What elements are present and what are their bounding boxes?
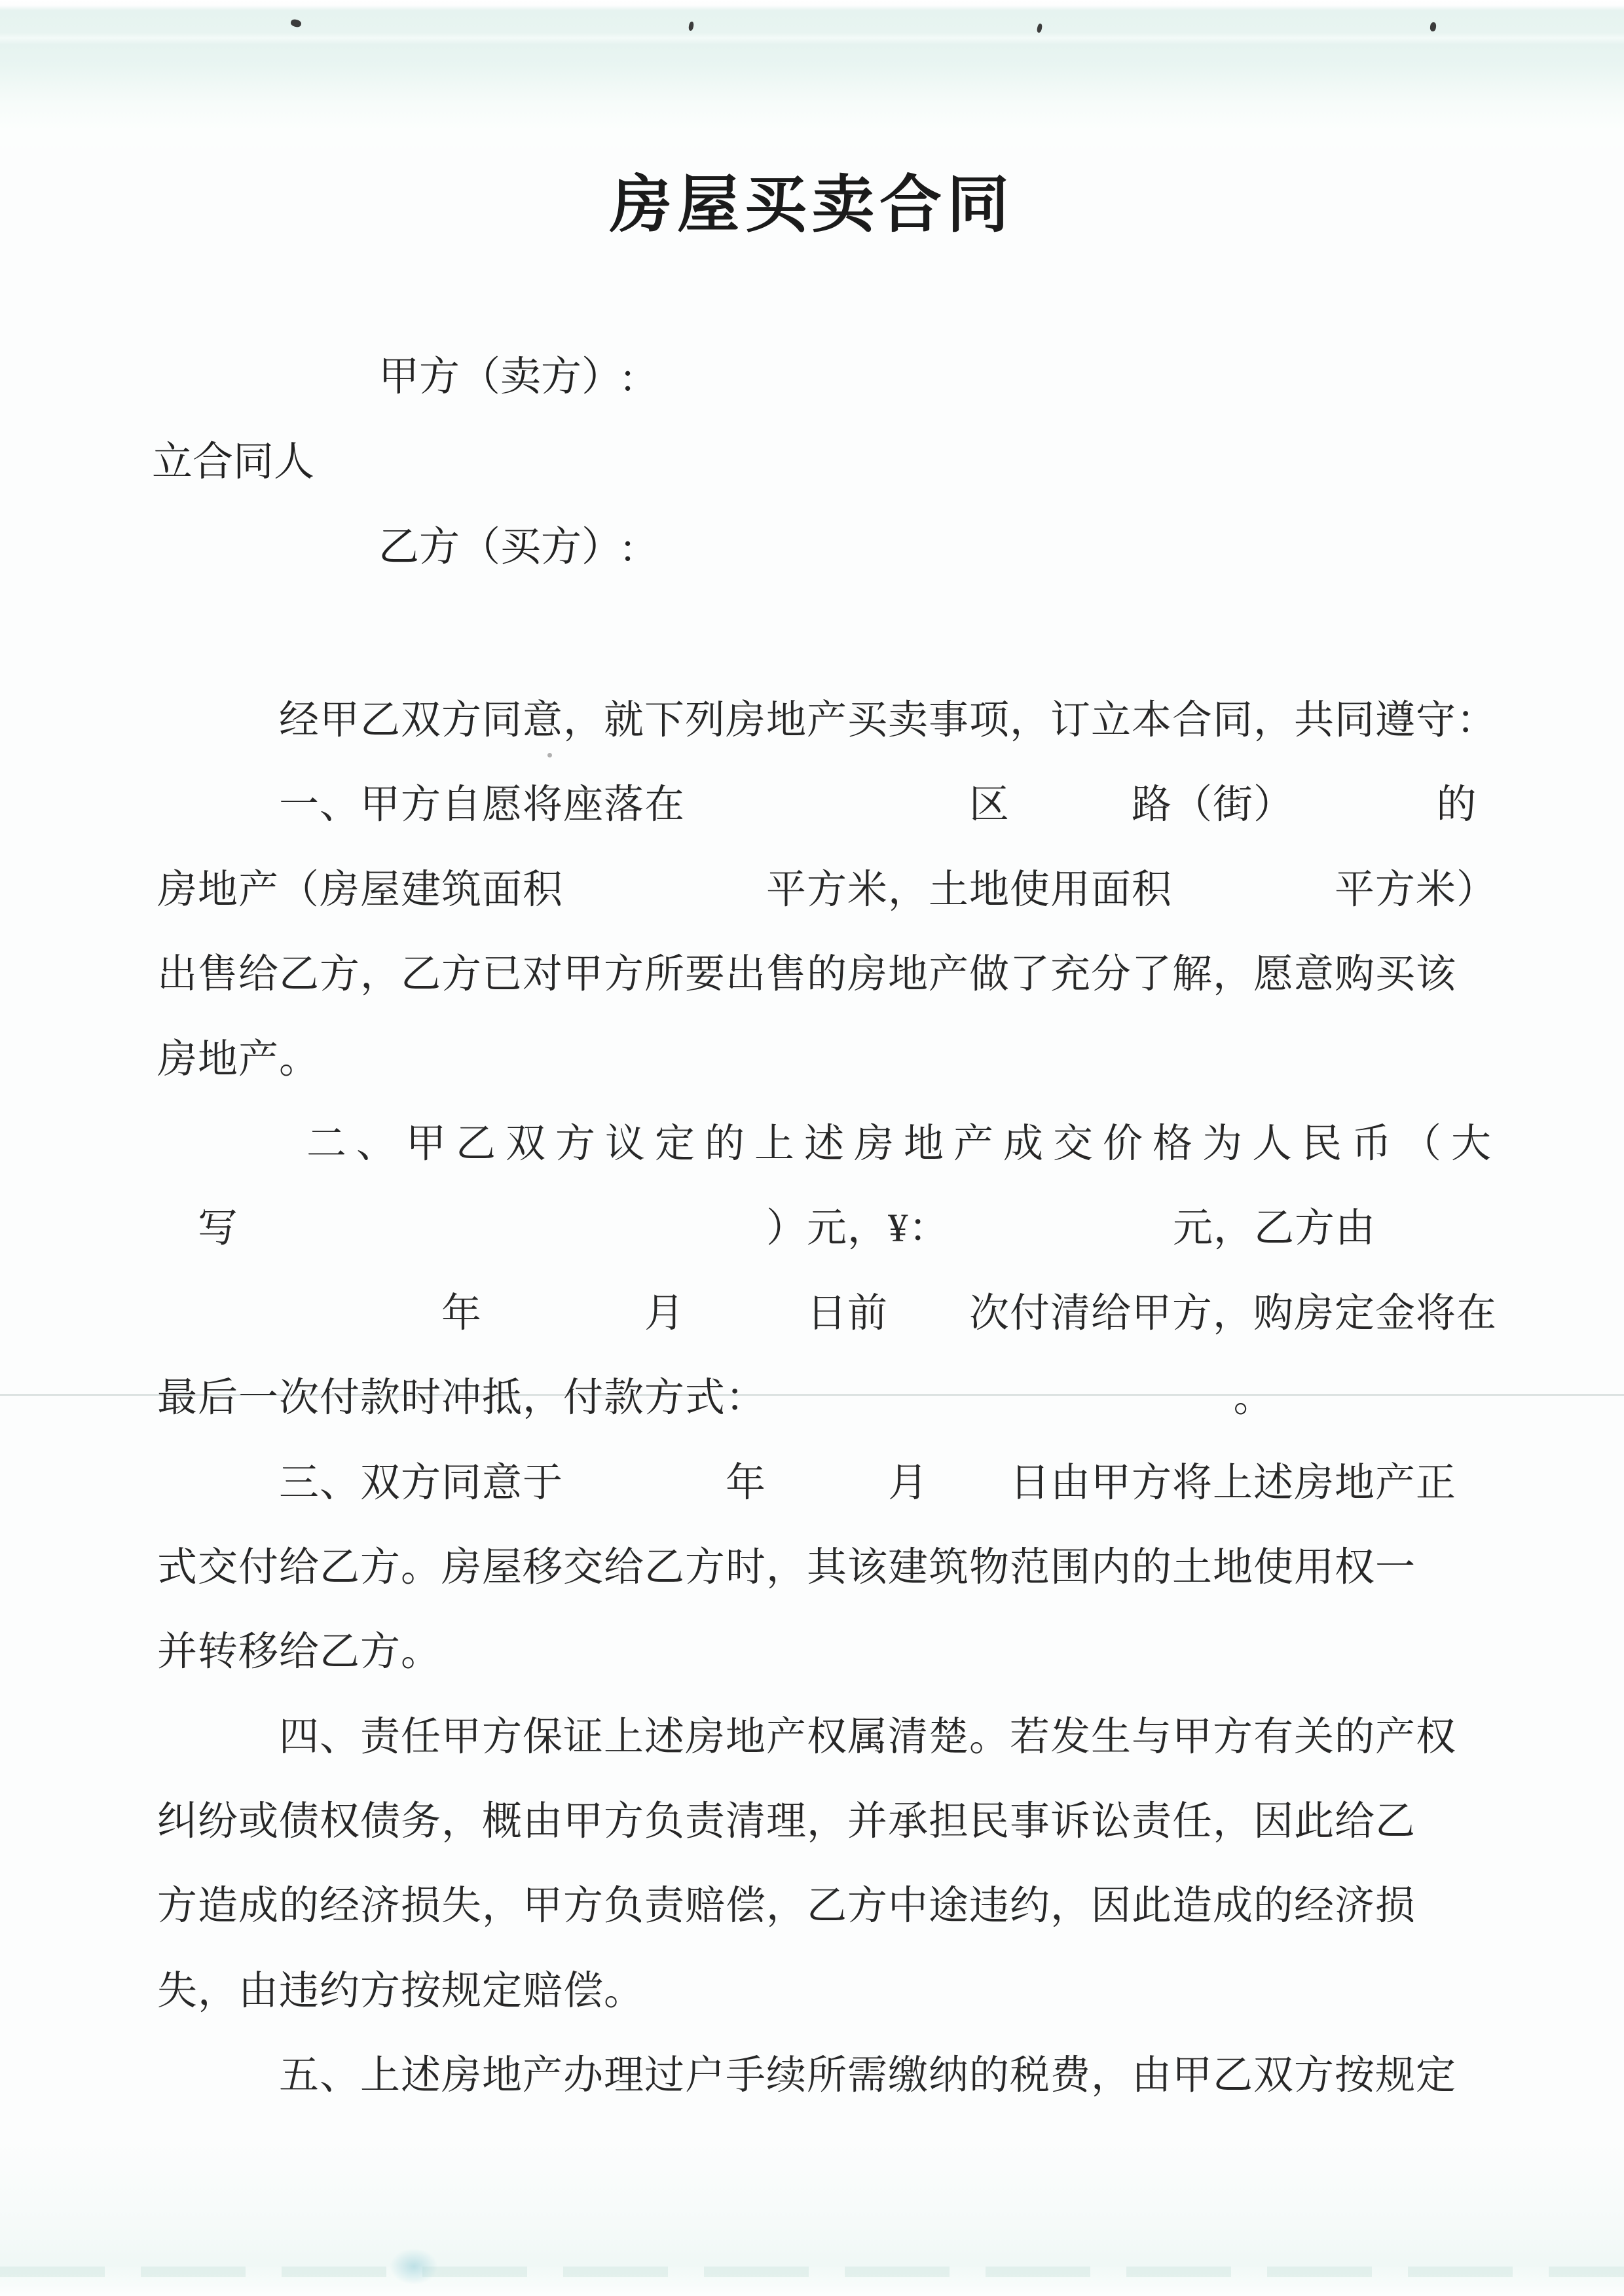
contract-line: 房地产（房屋建筑面积 平方米，土地使用面积 平方米） xyxy=(157,848,1501,932)
party-b-label: 乙方（买方）: xyxy=(378,527,633,568)
contract-body: 经甲乙双方同意，就下列房地产买卖事项，订立本合同，共同遵守： 一、甲方自愿将座落… xyxy=(157,678,1501,2119)
scan-top-tint xyxy=(0,0,1624,157)
contract-line: 二、甲乙双方议定的上述房地产成交价格为人民币（大 xyxy=(157,1102,1501,1186)
scan-mark xyxy=(1037,23,1043,33)
contract-line: 方造成的经济损失，甲方负责赔偿，乙方中途违约，因此造成的经济损 xyxy=(157,1864,1501,1948)
contract-line: 三、双方同意于 年 月 日由甲方将上述房地产正 xyxy=(157,1441,1501,1525)
contract-line: 四、责任甲方保证上述房地产权属清楚。若发生与甲方有关的产权 xyxy=(157,1695,1501,1779)
scan-mark xyxy=(1430,22,1437,31)
scan-mark xyxy=(688,21,694,31)
scan-bottom-tint xyxy=(0,2139,1624,2296)
contract-line: 式交付给乙方。房屋移交给乙方时，其该建筑物范围内的土地使用权一 xyxy=(157,1525,1501,1610)
contract-line: 年 月 日前 次付清给甲方，购房定金将在 xyxy=(157,1271,1501,1356)
document-title: 房屋买卖合同 xyxy=(0,174,1624,236)
contract-line: 写 ）元，¥： 元，乙方由 xyxy=(157,1186,1501,1271)
contract-line: 出售给乙方，乙方已对甲方所要出售的房地产做了充分了解，愿意购买该 xyxy=(157,932,1501,1017)
contract-line: 最后一次付款时冲抵，付款方式： 。 xyxy=(157,1356,1501,1440)
contract-line: 经甲乙双方同意，就下列房地产买卖事项，订立本合同，共同遵守： xyxy=(157,678,1501,763)
contracting-parties-label: 立合同人 xyxy=(152,442,314,483)
contract-line: 并转移给乙方。 xyxy=(157,1610,1501,1694)
scan-smudge xyxy=(390,2248,438,2285)
contract-line: 一、甲方自愿将座落在 区 路（街） 的 xyxy=(157,763,1501,847)
scan-mark xyxy=(290,18,302,28)
contract-line: 五、上述房地产办理过户手续所需缴纳的税费，由甲乙双方按规定 xyxy=(157,2033,1501,2118)
scanned-contract-page: 房屋买卖合同 甲方（卖方）: 立合同人 乙方（买方）: 经甲乙双方同意，就下列房… xyxy=(0,0,1624,2296)
party-a-label: 甲方（卖方）: xyxy=(378,357,633,397)
contract-line: 失，由违约方按规定赔偿。 xyxy=(157,1949,1501,2033)
scan-bottom-band xyxy=(0,2267,1624,2277)
contract-line: 纠纷或债权债务，概由甲方负责清理，并承担民事诉讼责任，因此给乙 xyxy=(157,1779,1501,1864)
contract-line: 房地产。 xyxy=(157,1017,1501,1102)
